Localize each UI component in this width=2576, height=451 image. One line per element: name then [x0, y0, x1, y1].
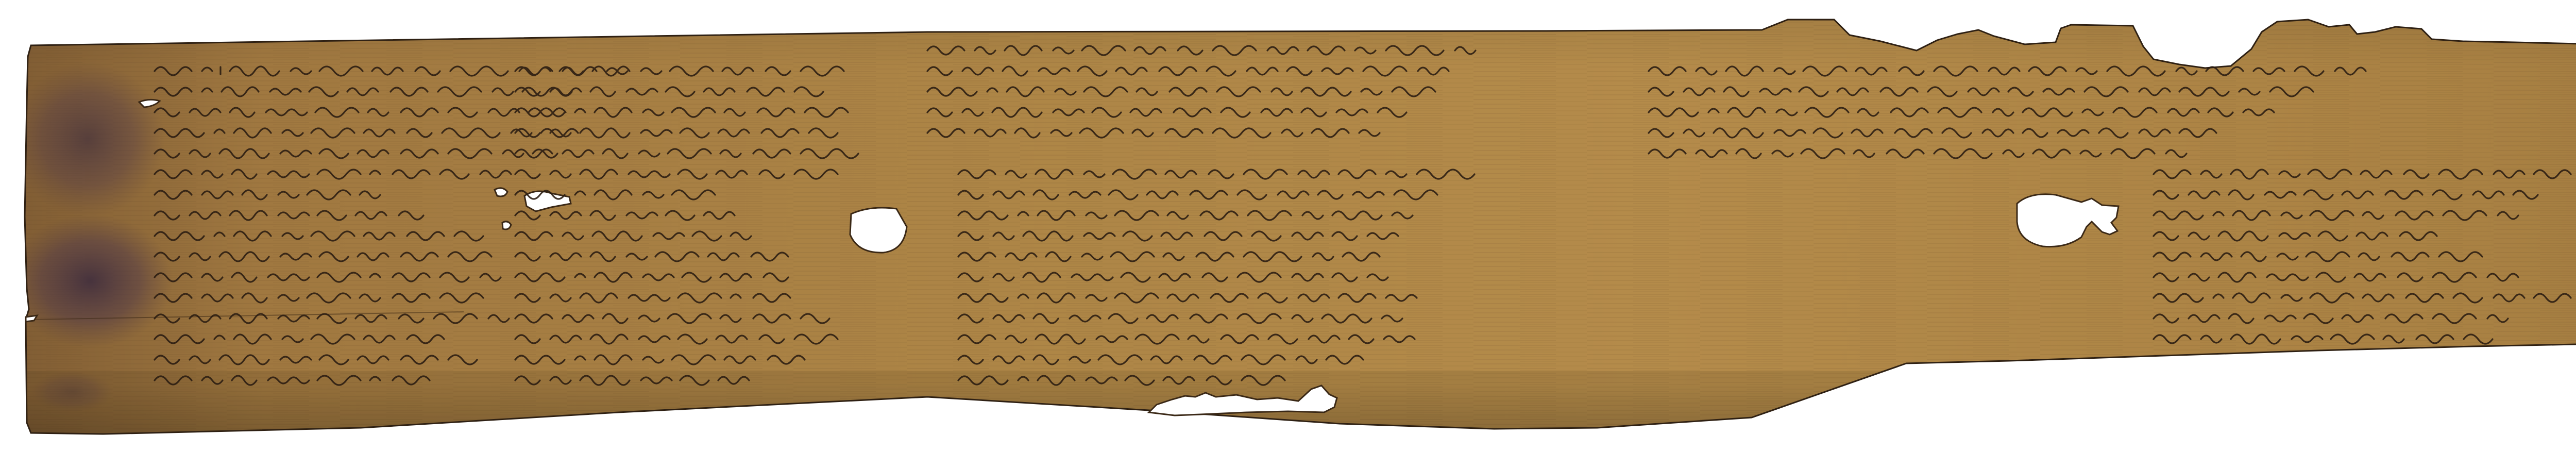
string-hole-left — [850, 208, 907, 253]
palm-leaf — [0, 0, 2576, 451]
worm-hole-3 — [502, 222, 511, 229]
manuscript-scan: 3 4 0 341 — [0, 0, 2576, 451]
worm-hole-2 — [495, 188, 507, 196]
